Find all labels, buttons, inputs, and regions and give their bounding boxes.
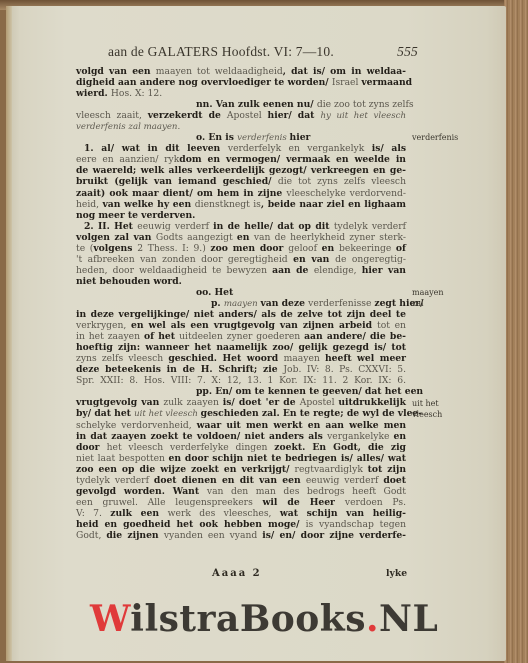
running-head-title: aan de GALATERS Hoofdst. VI: 7—10. bbox=[108, 44, 334, 59]
text-line: volgd van een maayen tot weldaadigheid, … bbox=[76, 66, 406, 77]
text-run: zoekt. En Godt, die zig bbox=[274, 442, 406, 453]
text-line: 't afbreeken van zonden door geregtighei… bbox=[76, 254, 406, 265]
text-line: 1. al/ wat in dit leeven verderfelyk en … bbox=[76, 143, 406, 154]
text-run: het vleesch verderfelyke dingen bbox=[107, 442, 275, 453]
text-run: heid, bbox=[76, 199, 102, 210]
text-run: van welke hy een bbox=[102, 199, 194, 210]
text-run: werk des vleesches, bbox=[168, 508, 280, 519]
text-run: hy uit het vleesch bbox=[320, 111, 406, 121]
text-line: vleesch zaait, verzekerdt de Apostel hie… bbox=[76, 110, 406, 121]
text-run: nn. Van zulk eenen nu/ bbox=[196, 99, 317, 110]
text-run: 2. II. Het bbox=[84, 221, 137, 232]
text-run: heeft wel meer bbox=[325, 353, 406, 364]
text-line: V: 7. zulk een werk des vleesches, wat s… bbox=[76, 508, 406, 519]
text-run: Israel bbox=[332, 77, 362, 88]
text-run: zulk zaayen bbox=[163, 397, 222, 408]
text-run: in de helle/ dat op dit bbox=[213, 221, 334, 232]
text-run: van den man des bedrogs heeft Godt bbox=[207, 486, 406, 497]
text-line: wierd. Hos. X: 12. bbox=[76, 88, 406, 99]
text-run: dom en vermogen/ vermaak en weelde in bbox=[179, 154, 406, 165]
text-line: hoeftig zijn: wanneer het naamelijk zoo/… bbox=[76, 342, 406, 353]
watermark-dot: . bbox=[366, 598, 379, 640]
text-line: heid, van welke hy een dienstknegt is, b… bbox=[76, 199, 406, 210]
text-run: niet behouden word. bbox=[76, 276, 182, 287]
text-run: volgens bbox=[93, 243, 137, 254]
text-run: en bbox=[322, 243, 339, 254]
text-line: verderfenis zal maayen. bbox=[76, 121, 406, 132]
text-run: zyns zelfs vleesch bbox=[76, 353, 168, 364]
watermark-logo: WilstraBooks.NL bbox=[90, 598, 438, 640]
text-run: uitdeelen zyner goederen bbox=[179, 331, 304, 342]
text-run: , dat is/ om in weldaa- bbox=[283, 66, 406, 77]
text-run: door bbox=[76, 442, 107, 453]
text-run: hier bbox=[290, 132, 311, 143]
text-run: eeuwig verderf bbox=[137, 221, 213, 232]
text-run: die zoo tot zyns zelfs bbox=[317, 99, 414, 110]
margin-note: maayen bbox=[412, 288, 444, 297]
text-line: in dat zaayen zoekt te voldoen/ niet and… bbox=[76, 431, 406, 442]
text-run: vergankelyke bbox=[327, 431, 393, 442]
text-run: Spr. XXII: 8. Hos. VIII: 7. X: 12, 13. 1… bbox=[76, 375, 406, 386]
text-run: V: 7. bbox=[76, 508, 110, 519]
text-run: tydelyk verderf bbox=[334, 221, 406, 232]
text-line: volgen zal van Godts aangezigt en van de… bbox=[76, 232, 406, 243]
text-line: nog meer te verderven. bbox=[76, 210, 406, 221]
text-run: gevolgd worden. Want bbox=[76, 486, 207, 497]
text-line: in deze vergelijkinge/ niet anders/ als … bbox=[76, 309, 406, 320]
text-run: niet laat bespotten bbox=[76, 453, 169, 464]
text-run: 1. al/ wat in dit leeven bbox=[84, 143, 228, 154]
running-head: aan de GALATERS Hoofdst. VI: 7—10. 555 bbox=[108, 44, 418, 60]
text-line: 2. II. Het eeuwig verderf in de helle/ d… bbox=[76, 221, 406, 232]
text-run: de waereld; welk alles verkeerdelijk gez… bbox=[76, 165, 406, 176]
text-run: dienstknegt is bbox=[195, 199, 261, 210]
text-run: hoeftig zijn: wanneer het naamelijk zoo/… bbox=[76, 342, 406, 353]
text-run: vrugtgevolg van bbox=[76, 397, 163, 408]
book-fore-edge bbox=[504, 0, 528, 663]
text-run: en wel als een vrugtgevolg van zijnen ar… bbox=[131, 320, 377, 331]
text-run: de ongeregtig- bbox=[335, 254, 406, 265]
text-run: bruikt (gelijk van iemand geschied/ bbox=[76, 176, 278, 187]
text-run: Apostel bbox=[300, 397, 339, 408]
text-run: Apostel bbox=[227, 110, 268, 121]
text-run: verdoen Ps. bbox=[345, 497, 406, 508]
text-line: zyns zelfs vleesch geschied. Het woord m… bbox=[76, 353, 406, 364]
text-run: van deze bbox=[260, 298, 308, 309]
text-run: wil de Heer bbox=[263, 497, 345, 508]
text-run: deze beteekenis in de H. Schrift; zie bbox=[76, 364, 283, 375]
text-run: waar uit men werkt en aan welke men bbox=[197, 420, 406, 431]
text-run: zoo een op die wijze zoekt en verkrijgt/ bbox=[76, 464, 295, 475]
text-run: vleesch zaait, bbox=[76, 110, 148, 121]
text-run: is/ en/ door zijne verderfe- bbox=[262, 530, 406, 541]
text-run: in dat zaayen zoekt te voldoen/ niet and… bbox=[76, 431, 327, 442]
text-line: heid en goedheid het ook hebben moge/ is… bbox=[76, 519, 406, 530]
margin-note: uit het bbox=[412, 399, 439, 408]
text-line: bruikt (gelijk van iemand geschied/ die … bbox=[76, 176, 406, 187]
text-run: volgd van een bbox=[76, 66, 156, 77]
text-run: en door schijn niet te bedriegen is/ all… bbox=[169, 453, 406, 464]
text-run: en bbox=[393, 431, 406, 442]
text-run: nog meer te verderven. bbox=[76, 210, 195, 221]
text-run: vleeschelyke verdorvend- bbox=[286, 188, 406, 199]
page-number: 555 bbox=[397, 44, 418, 60]
text-run: Godt, bbox=[76, 530, 106, 541]
watermark-initial: W bbox=[90, 598, 130, 640]
text-line: by/ dat het uit het vleesch geschieden z… bbox=[76, 408, 406, 419]
text-run: aan andere/ die be- bbox=[304, 331, 406, 342]
text-line: tydelyk verderf doet dienen en dit van e… bbox=[76, 475, 406, 486]
text-run: pp. En/ om te kennen te geeven/ dat het … bbox=[196, 386, 423, 397]
text-run: die zijnen bbox=[106, 530, 164, 541]
text-run: hier van bbox=[362, 265, 406, 276]
text-line: een gruwel. Alle leugenspreekers wil de … bbox=[76, 497, 406, 508]
text-line: niet laat bespotten en door schijn niet … bbox=[76, 453, 406, 464]
text-run: verkrygen, bbox=[76, 320, 131, 331]
text-line: nn. Van zulk eenen nu/ die zoo tot zyns … bbox=[76, 99, 406, 110]
text-line: gevolgd worden. Want van den man des bed… bbox=[76, 486, 406, 497]
text-run: Godts aangezigt bbox=[156, 232, 237, 243]
text-line: Godt, die zijnen vyanden een vyand is/ e… bbox=[76, 530, 406, 541]
margin-note: zal bbox=[412, 299, 424, 308]
text-run: Job. IV: 8. Ps. CXXVI: 5. bbox=[283, 364, 406, 375]
text-run: is vyandschap tegen bbox=[306, 519, 406, 530]
text-run: , beide naar ziel en lighaam bbox=[261, 199, 406, 210]
text-line: heden, door weldaadigheid te bewyzen aan… bbox=[76, 265, 406, 276]
text-run: en bbox=[237, 232, 254, 243]
text-run: verzekerdt de bbox=[148, 110, 227, 121]
text-line: verkrygen, en wel als een vrugtgevolg va… bbox=[76, 320, 406, 331]
text-run: uitdrukkelijk bbox=[338, 397, 406, 408]
text-run: verderfelyk en vergankelyk bbox=[228, 143, 372, 154]
text-run: digheid aan andere nog overvloediger te … bbox=[76, 77, 332, 88]
body-text: volgd van een maayen tot weldaadigheid, … bbox=[76, 66, 406, 541]
page-gutter bbox=[6, 6, 12, 661]
text-run: in het zaayen bbox=[76, 331, 144, 342]
margin-note: vleesch bbox=[412, 410, 442, 419]
watermark-name: ilstraBooks bbox=[130, 598, 366, 640]
text-line: schelyke verdorvenheid, waar uit men wer… bbox=[76, 420, 406, 431]
text-run: heden, door weldaadigheid te bewyzen bbox=[76, 265, 272, 276]
text-line: digheid aan andere nog overvloediger te … bbox=[76, 77, 406, 88]
text-run: zoo men door bbox=[210, 243, 288, 254]
text-line: Spr. XXII: 8. Hos. VIII: 7. X: 12, 13. 1… bbox=[76, 375, 406, 386]
text-line: zoo een op die wijze zoekt en verkrijgt/… bbox=[76, 464, 406, 475]
text-line: vrugtgevolg van zulk zaayen is/ doet 'er… bbox=[76, 397, 406, 408]
text-run: verderfenis bbox=[237, 133, 289, 143]
text-run: aan de bbox=[272, 265, 314, 276]
text-run: maayen tot weldaadigheid bbox=[156, 66, 283, 77]
text-run: vyanden een vyand bbox=[164, 530, 262, 541]
signature-mark: Aaaa 2 bbox=[212, 568, 262, 579]
text-run: elendige, bbox=[314, 265, 362, 276]
text-line: te (volgens 2 Thess. I: 9.) zoo men door… bbox=[76, 243, 406, 254]
text-line: niet behouden word. bbox=[76, 276, 406, 287]
text-run: 2 Thess. I: 9.) bbox=[137, 243, 210, 254]
text-run: zaait) ook maar dient/ om hem in zijne bbox=[76, 188, 286, 199]
text-line: eere en aanzien/ rykdom en vermogen/ ver… bbox=[76, 154, 406, 165]
text-run: maayen bbox=[224, 299, 261, 309]
text-run: is/ als bbox=[372, 143, 406, 154]
text-run: zulk een bbox=[110, 508, 167, 519]
text-line: oo. Het bbox=[76, 287, 406, 298]
text-line: pp. En/ om te kennen te geeven/ dat het … bbox=[76, 386, 406, 397]
text-run: of het bbox=[144, 331, 179, 342]
text-line: de waereld; welk alles verkeerdelijk gez… bbox=[76, 165, 406, 176]
text-run: geschied. Het woord bbox=[168, 353, 283, 364]
catchword: lyke bbox=[386, 568, 407, 579]
text-run: geloof bbox=[288, 243, 321, 254]
text-line: in het zaayen of het uitdeelen zyner goe… bbox=[76, 331, 406, 342]
margin-note: verderfenis bbox=[412, 133, 458, 142]
text-run: en van bbox=[293, 254, 335, 265]
text-run: of bbox=[396, 243, 406, 254]
text-run: tot zijn bbox=[368, 464, 406, 475]
text-run: tot en bbox=[377, 320, 406, 331]
text-run: p. bbox=[211, 298, 224, 309]
text-run: wierd. bbox=[76, 88, 111, 99]
text-run: die tot zyns zelfs vleesch bbox=[278, 176, 406, 187]
text-line: p. maayen van deze verderfenisse zegt hi… bbox=[76, 298, 406, 309]
text-run: bekeeringe bbox=[339, 243, 396, 254]
text-line: o. En is verderfenis hier bbox=[76, 132, 406, 143]
text-run: 't afbreeken van zonden door geregtighei… bbox=[76, 254, 293, 265]
text-run: verderfenis zal maayen. bbox=[76, 122, 180, 132]
text-run: geschieden zal. En te regte; de wyl de v… bbox=[201, 408, 422, 419]
text-run: eeuwig verderf bbox=[306, 475, 383, 486]
text-run: maayen bbox=[284, 353, 325, 364]
text-run: volgen zal van bbox=[76, 232, 156, 243]
text-run: vermaand bbox=[361, 77, 412, 88]
text-run: doet dienen en dit van een bbox=[154, 475, 306, 486]
text-line: door het vleesch verderfelyke dingen zoe… bbox=[76, 442, 406, 453]
text-line: zaait) ook maar dient/ om hem in zijne v… bbox=[76, 188, 406, 199]
text-run: oo. Het bbox=[196, 287, 233, 298]
text-run: wat schijn van heilig- bbox=[280, 508, 406, 519]
text-run: tydelyk verderf bbox=[76, 475, 154, 486]
text-run: schelyke verdorvenheid, bbox=[76, 420, 197, 431]
text-run: te ( bbox=[76, 243, 93, 254]
text-line: deze beteekenis in de H. Schrift; zie Jo… bbox=[76, 364, 406, 375]
text-run: een gruwel. Alle leugenspreekers bbox=[76, 497, 263, 508]
text-run: o. En is bbox=[196, 132, 237, 143]
text-run: van de heerlykheid zyner sterk- bbox=[254, 232, 406, 243]
text-run: hier/ dat bbox=[268, 110, 321, 121]
text-run: in deze vergelijkinge/ niet anders/ als … bbox=[76, 309, 406, 320]
text-run: eere en aanzien/ ryk bbox=[76, 154, 179, 165]
text-run: by/ dat het bbox=[76, 408, 134, 419]
text-run: heid en goedheid het ook hebben moge/ bbox=[76, 519, 306, 530]
text-run: doet bbox=[383, 475, 406, 486]
text-run: regtvaardiglyk bbox=[295, 464, 368, 475]
text-run: verderfenisse bbox=[308, 298, 374, 309]
text-run: Hos. X: 12. bbox=[111, 88, 162, 99]
text-run: uit het vleesch bbox=[134, 409, 201, 419]
text-run: is/ doet 'er de bbox=[223, 397, 300, 408]
watermark-suffix: NL bbox=[379, 598, 438, 640]
